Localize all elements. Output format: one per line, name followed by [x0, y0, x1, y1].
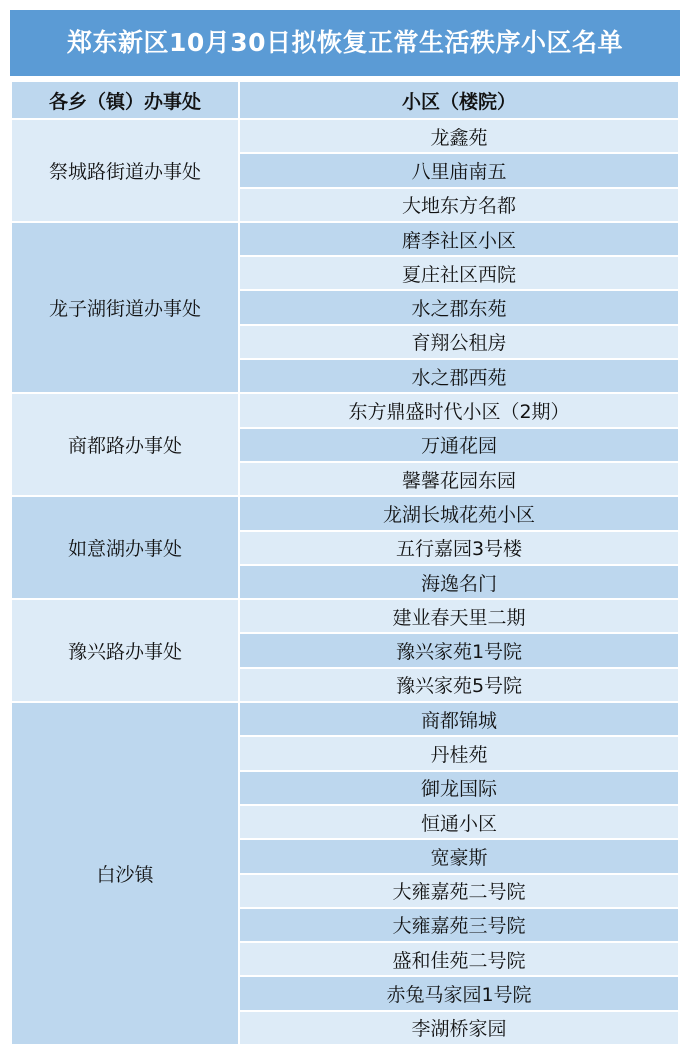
community-cell: 海逸名门	[239, 565, 679, 599]
community-cell: 水之郡西苑	[239, 359, 679, 393]
community-cell: 水之郡东苑	[239, 290, 679, 324]
table-body: 祭城路街道办事处龙鑫苑八里庙南五大地东方名都龙子湖街道办事处磨李社区小区夏庄社区…	[11, 119, 679, 1045]
table-row: 如意湖办事处龙湖长城花苑小区	[11, 496, 679, 530]
page-title: 郑东新区10月30日拟恢复正常生活秩序小区名单	[10, 10, 680, 80]
table-row: 商都路办事处东方鼎盛时代小区（2期）	[11, 393, 679, 427]
community-cell: 育翔公租房	[239, 325, 679, 359]
community-cell: 恒通小区	[239, 805, 679, 839]
community-cell: 八里庙南五	[239, 153, 679, 187]
table-row: 白沙镇商都锦城	[11, 702, 679, 736]
community-cell: 夏庄社区西院	[239, 256, 679, 290]
community-cell: 商都锦城	[239, 702, 679, 736]
community-cell: 丹桂苑	[239, 736, 679, 770]
community-cell: 大地东方名都	[239, 188, 679, 222]
community-table: 各乡（镇）办事处 小区（楼院） 祭城路街道办事处龙鑫苑八里庙南五大地东方名都龙子…	[10, 80, 680, 1046]
table-row: 豫兴路办事处建业春天里二期	[11, 599, 679, 633]
community-cell: 盛和佳苑二号院	[239, 942, 679, 976]
office-cell: 豫兴路办事处	[11, 599, 239, 702]
community-cell: 大雍嘉苑三号院	[239, 908, 679, 942]
table-row: 龙子湖街道办事处磨李社区小区	[11, 222, 679, 256]
community-cell: 龙湖长城花苑小区	[239, 496, 679, 530]
community-cell: 龙鑫苑	[239, 119, 679, 153]
community-cell: 大雍嘉苑二号院	[239, 874, 679, 908]
office-cell: 祭城路街道办事处	[11, 119, 239, 222]
community-list-document: 郑东新区10月30日拟恢复正常生活秩序小区名单 各乡（镇）办事处 小区（楼院） …	[10, 10, 680, 1046]
community-cell: 御龙国际	[239, 771, 679, 805]
community-cell: 五行嘉园3号楼	[239, 531, 679, 565]
community-cell: 建业春天里二期	[239, 599, 679, 633]
community-cell: 李湖桥家园	[239, 1011, 679, 1045]
table-row: 祭城路街道办事处龙鑫苑	[11, 119, 679, 153]
office-cell: 龙子湖街道办事处	[11, 222, 239, 393]
community-cell: 赤兔马家园1号院	[239, 976, 679, 1010]
office-cell: 商都路办事处	[11, 393, 239, 496]
community-cell: 万通花园	[239, 428, 679, 462]
community-cell: 磨李社区小区	[239, 222, 679, 256]
office-cell: 如意湖办事处	[11, 496, 239, 599]
community-cell: 豫兴家苑1号院	[239, 633, 679, 667]
community-cell: 馨馨花园东园	[239, 462, 679, 496]
table-header-row: 各乡（镇）办事处 小区（楼院）	[11, 81, 679, 119]
column-header-office: 各乡（镇）办事处	[11, 81, 239, 119]
community-cell: 东方鼎盛时代小区（2期）	[239, 393, 679, 427]
office-cell: 白沙镇	[11, 702, 239, 1045]
column-header-community: 小区（楼院）	[239, 81, 679, 119]
community-cell: 宽豪斯	[239, 839, 679, 873]
community-cell: 豫兴家苑5号院	[239, 668, 679, 702]
